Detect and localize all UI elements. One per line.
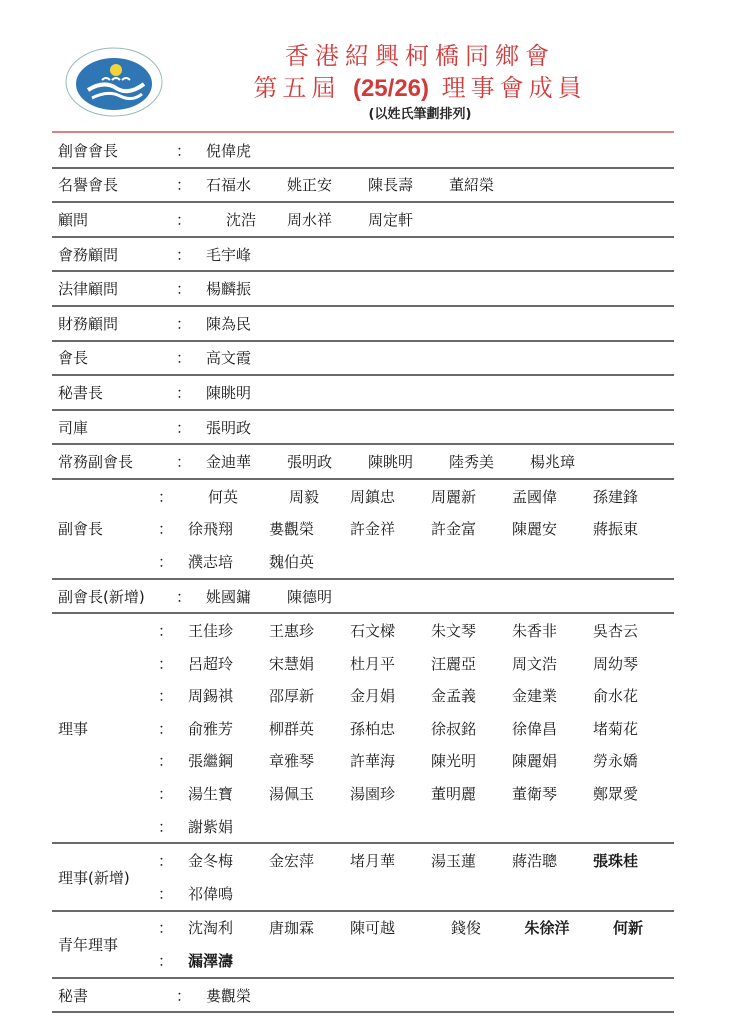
member-name: 陳眺明 [206,382,287,403]
colon-separator: ： [176,451,206,472]
roster-row: 財務顧問：陳為民 [52,307,674,342]
member-name: 金孟義 [431,685,512,706]
member-name: 呂超玲 [188,653,269,674]
role-label: 司庫 [52,411,176,444]
role-label: 副會長 [52,480,158,578]
name-line: ：金冬梅金宏萍堵月華湯玉蓮蔣浩聰張珠桂 [158,844,674,877]
member-name: 堵月華 [350,850,431,871]
colon-separator: ： [176,244,206,265]
member-name: 謝紫娟 [188,816,269,837]
document-header: 香港紹興柯橋同鄉會 第五屆 (25/26) 理事會成員 (以姓氏筆劃排列) [220,40,620,125]
member-name: 金迪華 [206,451,287,472]
roster-row: 秘書長：陳眺明 [52,376,674,411]
name-line: ：俞雅芳柳群英孫柏忠徐叔銘徐偉昌堵菊花 [158,712,674,745]
member-name: 何英 [188,486,269,507]
roster-row: 會務顧問：毛宇峰 [52,238,674,273]
member-name: 張繼鋼 [188,750,269,771]
member-name: 金建業 [512,685,593,706]
name-line: ：高文霞 [176,342,674,375]
roster-row: 顧問：沈浩周水祥周定軒 [52,203,674,238]
member-name: 高文霞 [206,347,287,368]
member-name: 張明政 [206,417,287,438]
member-name: 唐珈霖 [269,917,350,938]
colon-separator: ： [158,551,188,572]
role-label: 財務顧問 [52,307,176,340]
member-name: 陸秀美 [449,451,530,472]
name-line: ：婁觀榮 [176,979,674,1012]
member-name: 金宏萍 [269,850,350,871]
member-name: 杜月平 [350,653,431,674]
roster-row: 副會長：何英周毅周鎮忠周麗新孟國偉孫建鋒：徐飛翔婁觀榮許金祥許金富陳麗安蔣振東：… [52,480,674,580]
colon-separator: ： [176,278,206,299]
colon-separator: ： [176,313,206,334]
member-name: 倪偉虎 [206,140,287,161]
member-name: 毛宇峰 [206,244,287,265]
colon-separator: ： [176,417,206,438]
member-name: 俞雅芳 [188,718,269,739]
member-name: 張明政 [287,451,368,472]
colon-separator: ： [176,382,206,403]
member-name: 徐飛翔 [188,518,269,539]
member-name: 章雅琴 [269,750,350,771]
name-line: ：漏澤濤 [158,944,674,977]
member-name: 石福水 [206,174,287,195]
roster-row: 秘書：婁觀榮 [52,979,674,1014]
roster-row: 青年理事：沈淘利唐珈霖陳可越錢俊朱徐洋何新：漏澤濤 [52,912,674,979]
roster-row: 副會長(新增)：姚國鏞陳德明 [52,580,674,615]
name-line: ：湯生寶湯佩玉湯園珍董明麗董衛琴鄭眾愛 [158,777,674,810]
member-name: 吳杏云 [593,620,674,641]
member-name: 金月娟 [350,685,431,706]
name-line: ：濮志培魏伯英 [158,545,674,578]
member-name: 張珠桂 [593,850,674,871]
name-line: ：周錫祺邵厚新金月娟金孟義金建業俞水花 [158,680,674,713]
colon-separator: ： [158,685,188,706]
member-name: 俞水花 [593,685,674,706]
member-name: 祁偉鳴 [188,883,269,904]
member-name: 何新 [593,917,674,938]
name-line: ：徐飛翔婁觀榮許金祥許金富陳麗安蔣振東 [158,513,674,546]
roster-row: 名譽會長：石福水姚正安陳長壽董紹榮 [52,169,674,204]
colon-separator: ： [176,140,206,161]
member-name: 柳群英 [269,718,350,739]
member-name: 徐叔銘 [431,718,512,739]
colon-separator: ： [158,486,188,507]
member-name: 錢俊 [431,917,512,938]
roster-row: 理事(新增)：金冬梅金宏萍堵月華湯玉蓮蔣浩聰張珠桂：祁偉鳴 [52,844,674,911]
member-name: 徐偉昌 [512,718,593,739]
member-name: 孫建鋒 [593,486,674,507]
role-label: 秘書長 [52,376,176,409]
role-label: 法律顧問 [52,272,176,305]
member-name: 陳德明 [287,586,368,607]
colon-separator: ： [158,883,188,904]
member-name: 宋慧娟 [269,653,350,674]
member-name: 楊兆璋 [530,451,611,472]
name-line: ：楊麟振 [176,272,674,305]
colon-separator: ： [176,985,206,1006]
colon-separator: ： [158,653,188,674]
name-line: ：毛宇峰 [176,238,674,271]
role-label: 創會會長 [52,134,176,167]
member-name: 周鎮忠 [350,486,431,507]
member-name: 孫柏忠 [350,718,431,739]
member-name: 周定軒 [368,209,449,230]
member-name: 濮志培 [188,551,269,572]
colon-separator: ： [176,209,206,230]
role-label: 理事(新增) [52,844,158,909]
name-line: ：沈浩周水祥周定軒 [176,203,674,236]
member-name: 湯玉蓮 [431,850,512,871]
name-line: ：呂超玲宋慧娟杜月平汪麗亞周文浩周幼琴 [158,647,674,680]
member-name: 勞永嬌 [593,750,674,771]
member-name: 朱徐洋 [512,917,593,938]
member-name: 堵菊花 [593,718,674,739]
member-name: 姚正安 [287,174,368,195]
name-line: ：陳眺明 [176,376,674,409]
member-name: 湯生寶 [188,783,269,804]
member-name: 湯園珍 [350,783,431,804]
colon-separator: ： [158,518,188,539]
header-divider [52,131,674,133]
member-name: 金冬梅 [188,850,269,871]
colon-separator: ： [176,347,206,368]
member-name: 邵厚新 [269,685,350,706]
member-name: 陳麗娟 [512,750,593,771]
name-line: ：石福水姚正安陳長壽董紹榮 [176,169,674,202]
roster-row: 法律顧問：楊麟振 [52,272,674,307]
colon-separator: ： [176,174,206,195]
roster-row: 理事：王佳珍王惠珍石文樑朱文琴朱香非吳杏云：呂超玲宋慧娟杜月平汪麗亞周文浩周幼琴… [52,614,674,844]
name-line: ：張繼鋼章雅琴許華海陳光明陳麗娟勞永嬌 [158,745,674,778]
name-line: ：姚國鏞陳德明 [176,580,674,613]
role-label: 秘書 [52,979,176,1012]
member-name: 董衛琴 [512,783,593,804]
member-name: 石文樑 [350,620,431,641]
member-name: 許金祥 [350,518,431,539]
colon-separator: ： [158,816,188,837]
member-name: 許金富 [431,518,512,539]
board-title: 第五屆 (25/26) 理事會成員 [220,72,620,105]
member-name: 許華海 [350,750,431,771]
colon-separator: ： [158,783,188,804]
colon-separator: ： [158,620,188,641]
colon-separator: ： [158,917,188,938]
member-name: 沈淘利 [188,917,269,938]
board-roster: 創會會長：倪偉虎名譽會長：石福水姚正安陳長壽董紹榮顧問：沈浩周水祥周定軒會務顧問… [52,134,674,1013]
sort-note: (以姓氏筆劃排列) [220,105,620,125]
name-line: ：王佳珍王惠珍石文樑朱文琴朱香非吳杏云 [158,614,674,647]
role-label: 顧問 [52,203,176,236]
member-name: 汪麗亞 [431,653,512,674]
member-name: 周文浩 [512,653,593,674]
member-name: 周毅 [269,486,350,507]
member-name: 陳眺明 [368,451,449,472]
member-name: 周幼琴 [593,653,674,674]
role-label: 青年理事 [52,912,158,977]
member-name: 董明麗 [431,783,512,804]
member-name: 楊麟振 [206,278,287,299]
member-name: 周錫祺 [188,685,269,706]
colon-separator: ： [158,850,188,871]
name-line: ：沈淘利唐珈霖陳可越錢俊朱徐洋何新 [158,912,674,945]
name-line: ：謝紫娟 [158,810,674,843]
member-name: 沈浩 [206,209,287,230]
name-line: ：金迪華張明政陳眺明陸秀美楊兆璋 [176,445,674,478]
member-name: 婁觀榮 [206,985,287,1006]
association-logo [64,46,164,118]
member-name: 魏伯英 [269,551,350,572]
member-name: 王佳珍 [188,620,269,641]
role-label: 常務副會長 [52,445,176,478]
role-label: 副會長(新增) [52,580,176,613]
member-name: 蔣振東 [593,518,674,539]
name-line: ：倪偉虎 [176,134,674,167]
member-name: 蔣浩聰 [512,850,593,871]
roster-row: 會長：高文霞 [52,342,674,377]
association-name: 香港紹興柯橋同鄉會 [220,40,620,72]
member-name: 董紹榮 [449,174,530,195]
colon-separator: ： [158,750,188,771]
member-name: 朱香非 [512,620,593,641]
member-name: 婁觀榮 [269,518,350,539]
role-label: 會長 [52,342,176,375]
role-label: 會務顧問 [52,238,176,271]
member-name: 漏澤濤 [188,950,269,971]
member-name: 陳可越 [350,917,431,938]
colon-separator: ： [158,718,188,739]
member-name: 湯佩玉 [269,783,350,804]
member-name: 陳為民 [206,313,287,334]
name-line: ：祁偉鳴 [158,877,674,910]
member-name: 朱文琴 [431,620,512,641]
term-year: (25/26) [353,75,429,102]
name-line: ：何英周毅周鎮忠周麗新孟國偉孫建鋒 [158,480,674,513]
member-name: 陳麗安 [512,518,593,539]
colon-separator: ： [176,586,206,607]
roster-row: 司庫：張明政 [52,411,674,446]
member-name: 鄭眾愛 [593,783,674,804]
roster-row: 創會會長：倪偉虎 [52,134,674,169]
name-line: ：陳為民 [176,307,674,340]
name-line: ：張明政 [176,411,674,444]
member-name: 陳長壽 [368,174,449,195]
colon-separator: ： [158,950,188,971]
roster-row: 常務副會長：金迪華張明政陳眺明陸秀美楊兆璋 [52,445,674,480]
member-name: 孟國偉 [512,486,593,507]
member-name: 周水祥 [287,209,368,230]
member-name: 陳光明 [431,750,512,771]
role-label: 名譽會長 [52,169,176,202]
member-name: 王惠珍 [269,620,350,641]
role-label: 理事 [52,614,158,842]
member-name: 姚國鏞 [206,586,287,607]
member-name: 周麗新 [431,486,512,507]
